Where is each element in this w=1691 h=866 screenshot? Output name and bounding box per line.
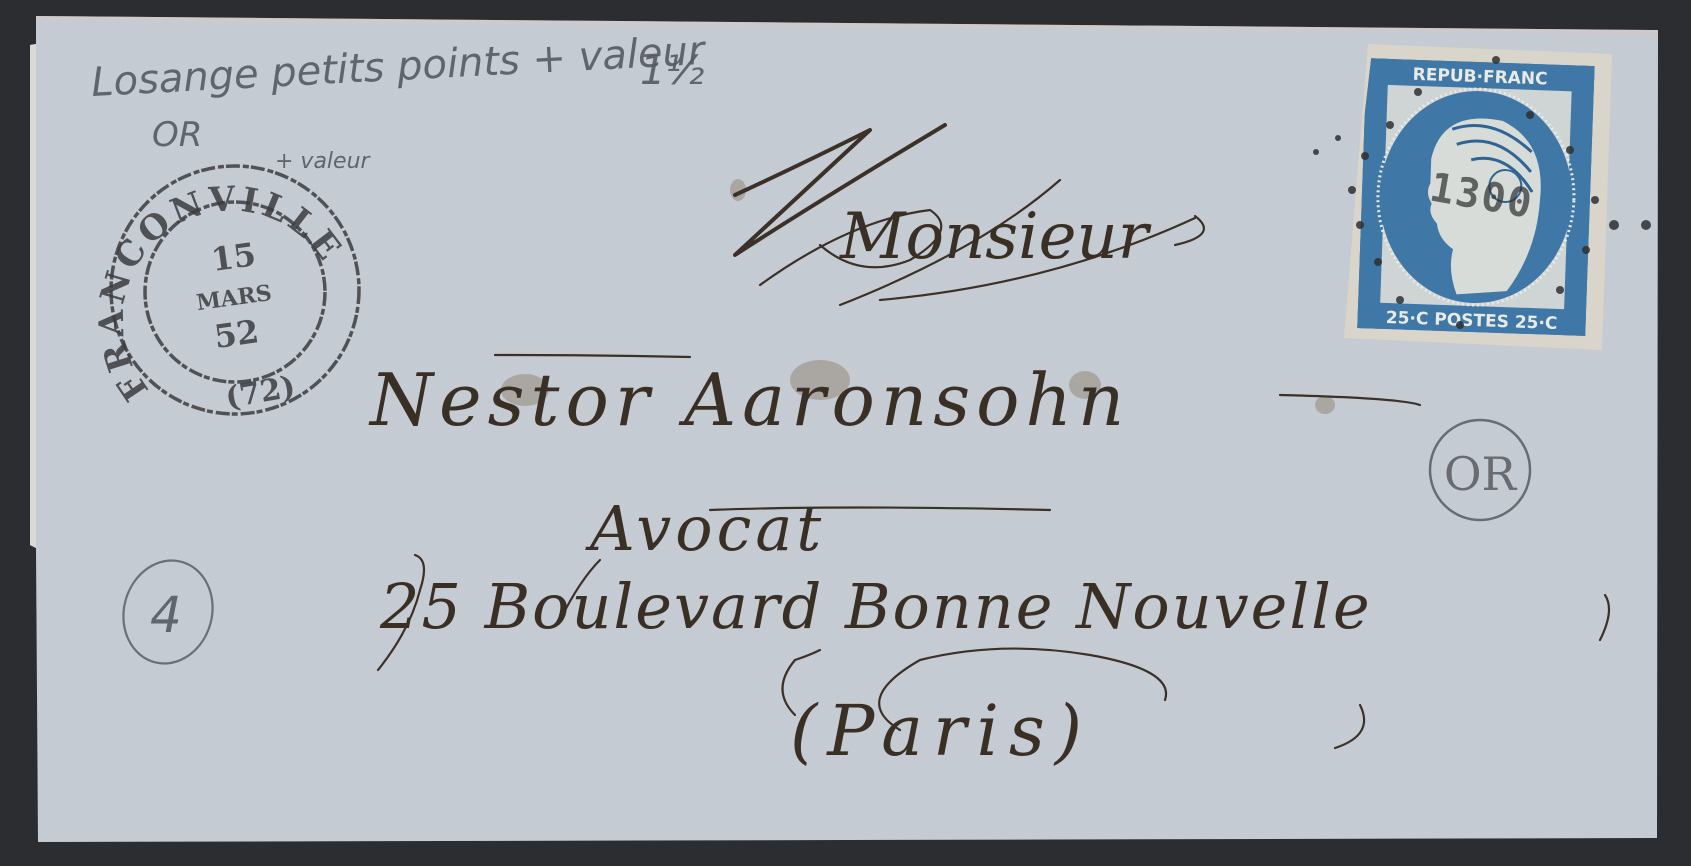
- pencil-note-fraction: 1½: [640, 48, 704, 94]
- postmark-year: 52: [212, 312, 261, 356]
- address-street: 25 Boulevard Bonne Nouvelle: [379, 570, 1372, 643]
- address-salutation: Monsieur: [839, 200, 1152, 274]
- pencil-note-line2-suffix: + valeur: [275, 149, 372, 174]
- address-title: Avocat: [585, 492, 825, 565]
- svg-text:4: 4: [150, 586, 182, 644]
- address-city: (Paris): [790, 690, 1092, 772]
- address-name: Nestor Aaronsohn: [368, 358, 1130, 442]
- postmark-day: 15: [209, 235, 258, 279]
- or-text: OR: [1444, 447, 1518, 501]
- pencil-note-line2: OR: [152, 115, 202, 155]
- envelope: Losange petits points + valeur 1½ OR + v…: [0, 0, 1691, 866]
